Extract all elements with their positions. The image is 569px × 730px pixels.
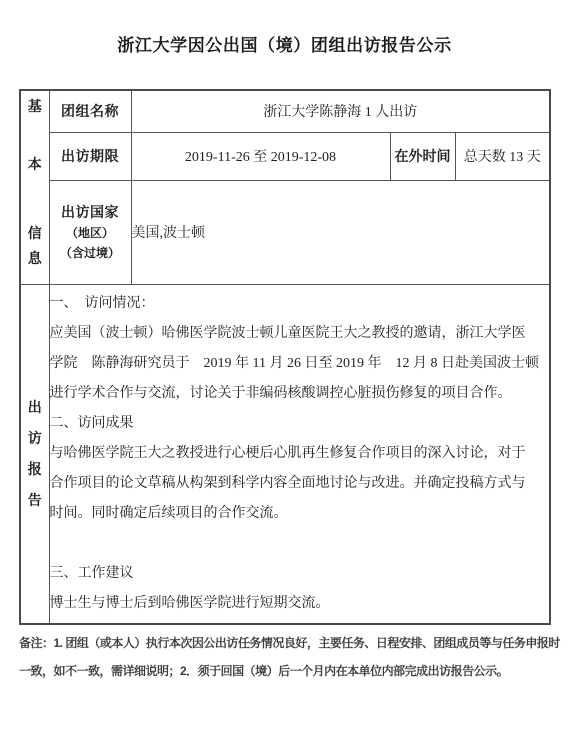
report-line-heading-2: 二、访问成果 [50, 409, 550, 439]
report-line-heading-1: 一、 访问情况： [50, 289, 550, 319]
report-form-table: 基 本 信 息 团组名称 浙江大学陈静海 1 人出访 出访期限 2019-11-… [19, 89, 551, 625]
report-line: 合作项目的论文草稿从构架到科学内容全面地讨论与改进。并确定投稿方式与 [50, 469, 550, 499]
value-total-days: 总天数 13 天 [455, 132, 550, 180]
value-period: 2019-11-26 至 2019-12-08 [131, 132, 390, 180]
section-label-basic-info: 基 本 信 息 [20, 90, 49, 284]
report-line: 与哈佛医学院王大之教授进行心梗后心肌再生修复合作项目的深入讨论，对于 [50, 439, 550, 469]
basic-info-char: 本 [21, 157, 49, 172]
page-title: 浙江大学因公出国（境）团组出访报告公示 [0, 31, 569, 56]
remark-line-2: 一致，如不一致，需详细说明；2．须于回国（境）后一个月内在本单位内部完成出访报告… [19, 657, 560, 685]
row-period: 出访期限 2019-11-26 至 2019-12-08 在外时间 总天数 13… [20, 132, 550, 180]
label-group-name: 团组名称 [49, 90, 131, 132]
label-countries: 出访国家 （地区） （含过境） [49, 180, 131, 284]
report-content-cell: 一、 访问情况： 应美国（波士顿）哈佛医学院波士顿儿童医院王大之教授的邀请，浙江… [49, 284, 550, 624]
basic-info-char: 息 [21, 251, 49, 266]
remark-line-1: 备注：1. 团组（或本人）执行本次因公出访任务情况良好，主要任务、日程安排、团组… [19, 629, 560, 657]
report-line: 时间。同时确定后续项目的合作交流。 [50, 499, 550, 529]
report-line: 博士生与博士后到哈佛医学院进行短期交流。 [50, 589, 550, 619]
footer-remark: 备注：1. 团组（或本人）执行本次因公出访任务情况良好，主要任务、日程安排、团组… [19, 629, 560, 685]
label-countries-sub-region: （地区） [50, 223, 131, 243]
section-label-visit-report: 出 访 报 告 [20, 284, 49, 624]
report-page: 浙江大学因公出国（境）团组出访报告公示 基 本 信 息 团组名称 浙江大学陈静海… [0, 0, 569, 730]
label-countries-main: 出访国家 [50, 201, 131, 223]
label-period: 出访期限 [49, 132, 131, 180]
row-report: 出 访 报 告 一、 访问情况： 应美国（波士顿）哈佛医学院波士顿儿童医院王大之… [20, 284, 550, 624]
visit-report-char: 报 [28, 454, 42, 485]
visit-report-char: 告 [28, 485, 42, 516]
report-line: 进行学术合作与交流，讨论关于非编码核酸调控心脏损伤修复的项目合作。 [50, 379, 550, 409]
report-line: 应美国（波士顿）哈佛医学院波士顿儿童医院王大之教授的邀请，浙江大学医 [50, 319, 550, 349]
report-line: 学院 陈静海研究员于 2019 年 11 月 26 日至 2019 年 12 月… [50, 349, 550, 379]
report-line-heading-3: 三、工作建议 [50, 559, 550, 589]
label-countries-sub-transit: （含过境） [50, 243, 131, 263]
row-countries: 出访国家 （地区） （含过境） 美国,波士顿 [20, 180, 550, 284]
visit-report-char: 出 [28, 392, 42, 423]
basic-info-char: 信 [21, 226, 49, 241]
visit-report-char: 访 [28, 423, 42, 454]
value-countries: 美国,波士顿 [131, 180, 550, 284]
row-group-name: 基 本 信 息 团组名称 浙江大学陈静海 1 人出访 [20, 90, 550, 132]
basic-info-char: 基 [21, 99, 49, 114]
value-group-name: 浙江大学陈静海 1 人出访 [131, 90, 550, 132]
label-time-abroad: 在外时间 [390, 132, 455, 180]
report-line-blank [50, 529, 550, 559]
visit-report-vertical-label: 出 访 报 告 [21, 285, 49, 624]
